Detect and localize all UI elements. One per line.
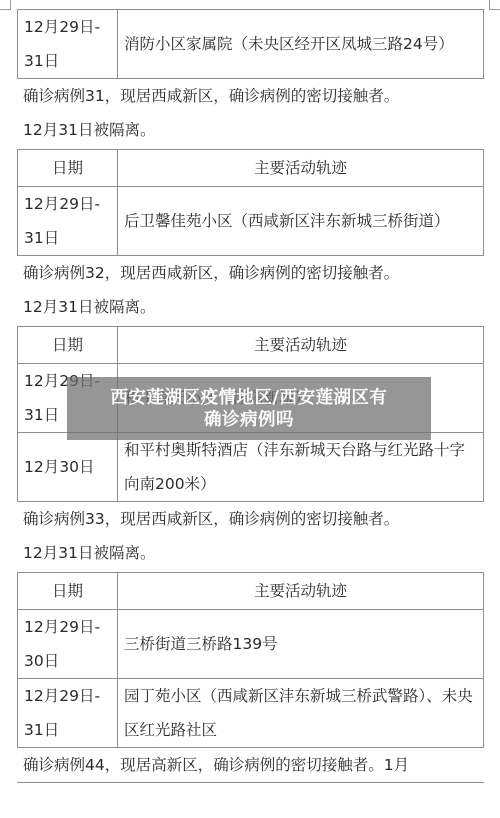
quarantine-note: 12月31日被隔离。 (17, 113, 484, 147)
date-header: 日期 (18, 327, 118, 364)
quarantine-note: 12月31日被隔离。 (17, 536, 484, 570)
date-cell: 12月29日- 30日 (18, 610, 118, 679)
case-note: 确诊病例32，现居西咸新区，确诊病例的密切接触者。 (17, 256, 484, 290)
place-cell: 园丁苑小区（西咸新区沣东新城三桥武警路）、未央区红光路社区 (118, 679, 484, 748)
place-cell: 和平村奥斯特酒店（沣东新城天台路与红光路十字向南200米） (118, 433, 484, 502)
page-corner-mark-right (489, 0, 500, 10)
track-header: 主要活动轨迹 (118, 327, 484, 364)
table-row: 12月29日- 31日 园丁苑小区（西咸新区沣东新城三桥武警路）、未央区红光路社… (18, 679, 484, 748)
date-cell: 12月29日- 31日 (18, 10, 118, 79)
quarantine-note: 12月31日被隔离。 (17, 290, 484, 324)
place-cell: 三桥街道三桥路139号 (118, 610, 484, 679)
table-header-row: 日期 主要活动轨迹 (18, 573, 484, 610)
overlay-title-line1: 西安莲湖区疫情地区/西安莲湖区有 (111, 387, 388, 409)
case-note: 确诊病例33，现居西咸新区，确诊病例的密切接触者。 (17, 502, 484, 536)
table-row: 12月29日- 30日 三桥街道三桥路139号 (18, 610, 484, 679)
page-corner-mark-left (0, 0, 11, 10)
case-note: 确诊病例31，现居西咸新区，确诊病例的密切接触者。 (17, 79, 484, 113)
case-note: 确诊病例44，现居高新区，确诊病例的密切接触者。1月 (17, 748, 484, 782)
date-header: 日期 (18, 150, 118, 187)
overlay-title-line2: 确诊病例吗 (204, 409, 294, 431)
table-header-row: 日期 主要活动轨迹 (18, 150, 484, 187)
activity-table-31: 12月29日- 31日 消防小区家属院（未央区经开区凤城三路24号） (17, 9, 484, 79)
table-row: 12月29日- 31日 消防小区家属院（未央区经开区凤城三路24号） (18, 10, 484, 79)
track-header: 主要活动轨迹 (118, 573, 484, 610)
date-header: 日期 (18, 573, 118, 610)
activity-table-44: 日期 主要活动轨迹 12月29日- 30日 三桥街道三桥路139号 12月29日… (17, 572, 484, 748)
track-header: 主要活动轨迹 (118, 150, 484, 187)
table-row: 12月29日- 31日 后卫馨佳苑小区（西咸新区沣东新城三桥街道） (18, 187, 484, 256)
place-cell: 消防小区家属院（未央区经开区凤城三路24号） (118, 10, 484, 79)
title-overlay-banner: 西安莲湖区疫情地区/西安莲湖区有 确诊病例吗 (67, 377, 431, 440)
place-cell: 后卫馨佳苑小区（西咸新区沣东新城三桥街道） (118, 187, 484, 256)
table-row: 12月30日 和平村奥斯特酒店（沣东新城天台路与红光路十字向南200米） (18, 433, 484, 502)
table-header-row: 日期 主要活动轨迹 (18, 327, 484, 364)
date-cell: 12月29日- 31日 (18, 679, 118, 748)
date-cell: 12月30日 (18, 433, 118, 502)
bottom-divider (17, 782, 484, 783)
date-cell: 12月29日- 31日 (18, 187, 118, 256)
activity-table-32: 日期 主要活动轨迹 12月29日- 31日 后卫馨佳苑小区（西咸新区沣东新城三桥… (17, 149, 484, 256)
